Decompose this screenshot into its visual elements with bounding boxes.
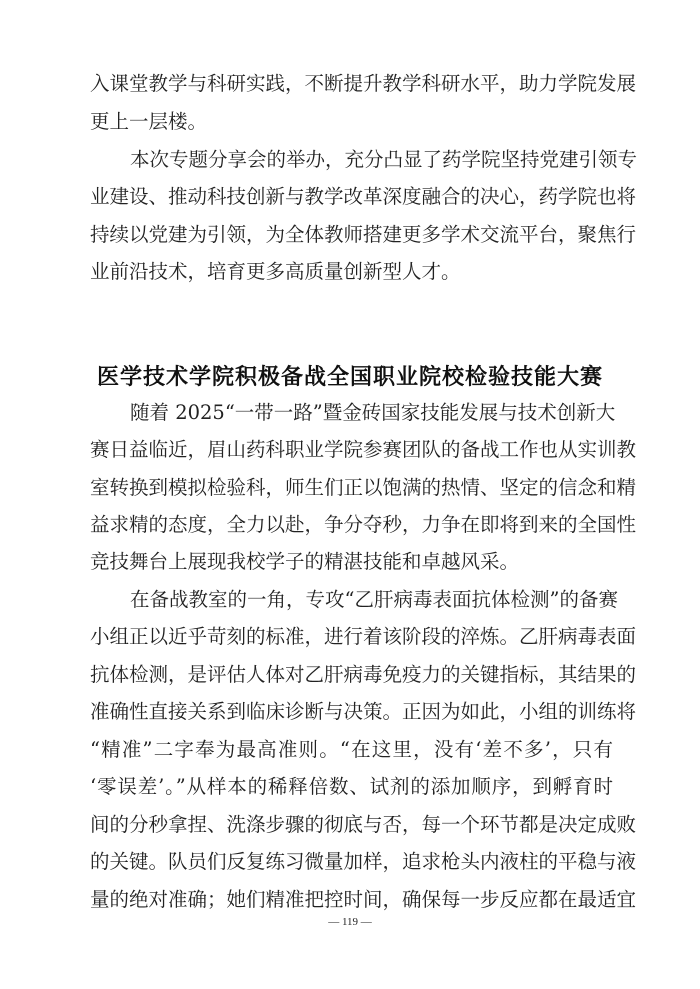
paragraph-3-line-1: 在备战教室的一角，专攻“乙肝病毒表面抗体检测”的备赛 — [130, 588, 613, 612]
paragraph-3-line-5: “精准”二字奉为最高准则。“在这里，没有‘差不多’，只有 — [90, 738, 613, 762]
continuation-line-2: 更上一层楼。 — [90, 110, 613, 134]
article-title: 医学技术学院积极备战全国职业院校检验技能大赛 — [0, 364, 700, 392]
paragraph-3-line-9: 量的绝对准确；她们精准把控时间，确保每一步反应都在最适宜 — [90, 888, 613, 912]
continuation-line-1: 入课堂教学与科研实践，不断提升教学科研水平，助力学院发展 — [90, 72, 613, 96]
paragraph-2-line-5: 竞技舞台上展现我校学子的精湛技能和卓越风采。 — [90, 550, 613, 574]
paragraph-2-line-1: 随着 2025“一带一路”暨金砖国家技能发展与技术创新大 — [130, 401, 613, 425]
paragraph-2-line-4: 益求精的态度，全力以赴，争分夺秒，力争在即将到来的全国性 — [90, 513, 613, 537]
paragraph-1-line-4: 业前沿技术，培育更多高质量创新型人才。 — [90, 260, 613, 284]
paragraph-3-line-7: 间的分秒拿捏、洗涤步骤的彻底与否，每一个环节都是决定成败 — [90, 813, 613, 837]
page-number: — 119 — — [0, 914, 700, 930]
paragraph-3-line-6: ‘零误差’。”从样本的稀释倍数、试剂的添加顺序，到孵育时 — [90, 775, 613, 799]
paragraph-3-line-4: 准确性直接关系到临床诊断与决策。正因为如此，小组的训练将 — [90, 700, 613, 724]
paragraph-1-line-1: 本次专题分享会的举办，充分凸显了药学院坚持党建引领专 — [130, 148, 613, 172]
paragraph-2-line-3: 室转换到模拟检验科，师生们正以饱满的热情、坚定的信念和精 — [90, 476, 613, 500]
paragraph-3-line-2: 小组正以近乎苛刻的标准，进行着该阶段的淬炼。乙肝病毒表面 — [90, 625, 613, 649]
paragraph-3-line-3: 抗体检测，是评估人体对乙肝病毒免疫力的关键指标，其结果的 — [90, 663, 613, 687]
paragraph-1-line-2: 业建设、推动科技创新与教学改革深度融合的决心，药学院也将 — [90, 185, 613, 209]
document-page: 入课堂教学与科研实践，不断提升教学科研水平，助力学院发展 更上一层楼。 本次专题… — [0, 0, 700, 989]
paragraph-3-line-8: 的关键。队员们反复练习微量加样，追求枪头内液柱的平稳与液 — [90, 850, 613, 874]
paragraph-1-line-3: 持续以党建为引领，为全体教师搭建更多学术交流平台，聚焦行 — [90, 223, 613, 247]
paragraph-2-line-2: 赛日益临近，眉山药科职业学院参赛团队的备战工作也从实训教 — [90, 438, 613, 462]
